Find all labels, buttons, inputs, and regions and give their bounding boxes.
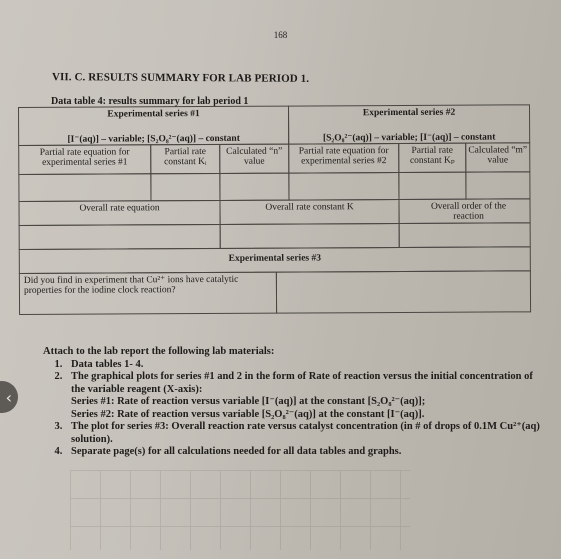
attach-item: The plot for series #3: Overall reaction… <box>65 421 543 446</box>
series1-header: Experimental series #1 [I⁻(aq)] – variab… <box>18 106 289 146</box>
catalyst-answer-cell[interactable] <box>276 270 531 313</box>
attach-item-text: Data tables 1- 4. <box>71 359 143 370</box>
col-partial-rate-const-2: Partial rate constant Kₚ <box>398 143 466 173</box>
cell-partial-rate-eq-2[interactable] <box>288 172 399 201</box>
cell-partial-rate-const-2[interactable] <box>398 172 466 200</box>
series2-header: Experimental series #2 [S₂O₈²⁻(aq)] – va… <box>288 104 530 144</box>
cell-n-value[interactable] <box>219 173 289 201</box>
col-partial-rate-const-1: Partial rate constant Kᵢ <box>150 144 220 174</box>
cell-overall-rate-const[interactable] <box>220 223 400 249</box>
col-partial-rate-eq-2: Partial rate equation for experimental s… <box>288 143 399 174</box>
attach-item-text: The graphical plots for series #1 and 2 … <box>71 371 533 395</box>
series1-title: Experimental series #1 <box>19 109 288 120</box>
col-m-value: Calculated “m” value <box>465 142 530 172</box>
results-table: Experimental series #1 [I⁻(aq)] – variab… <box>18 104 531 315</box>
attach-intro: Attach to the lab report the following l… <box>43 346 543 359</box>
series2-title: Experimental series #2 <box>289 107 529 118</box>
back-button[interactable]: ‹ <box>0 381 18 413</box>
attach-list: Data tables 1- 4. The graphical plots fo… <box>43 359 543 459</box>
attach-subitem: Series #1: Rate of reaction versus varia… <box>71 396 543 409</box>
cell-partial-rate-const-1[interactable] <box>150 173 220 201</box>
cell-overall-order[interactable] <box>399 222 531 248</box>
cell-m-value[interactable] <box>465 171 530 199</box>
col-overall-order: Overall order of the reaction <box>398 198 530 224</box>
show-through-grid <box>70 470 410 550</box>
attach-item: Separate page(s) for all calculations ne… <box>65 446 543 459</box>
attach-item: The graphical plots for series #1 and 2 … <box>65 371 543 421</box>
attach-item-text: Separate page(s) for all calculations ne… <box>71 446 401 457</box>
cell-overall-rate-eq[interactable] <box>19 224 221 250</box>
col-partial-rate-eq-1: Partial rate equation for experimental s… <box>18 144 151 175</box>
cell-partial-rate-eq-1[interactable] <box>18 173 151 202</box>
col-overall-rate-const: Overall rate constant K <box>219 199 399 225</box>
col-n-value: Calculated “n” value <box>219 144 289 174</box>
catalyst-question: Did you find in experiment that Cu²⁺ ion… <box>19 272 277 315</box>
page-number: 168 <box>0 30 561 40</box>
col-overall-rate-eq: Overall rate equation <box>18 200 220 226</box>
section-title: VII. C. RESULTS SUMMARY FOR LAB PERIOD 1… <box>52 71 309 85</box>
attach-item: Data tables 1- 4. <box>65 359 543 372</box>
attach-subitem: Series #2: Rate of reaction versus varia… <box>71 409 543 422</box>
attach-item-text: The plot for series #3: Overall reaction… <box>71 421 540 445</box>
chevron-left-icon: ‹ <box>6 388 12 407</box>
attach-instructions: Attach to the lab report the following l… <box>43 346 543 459</box>
